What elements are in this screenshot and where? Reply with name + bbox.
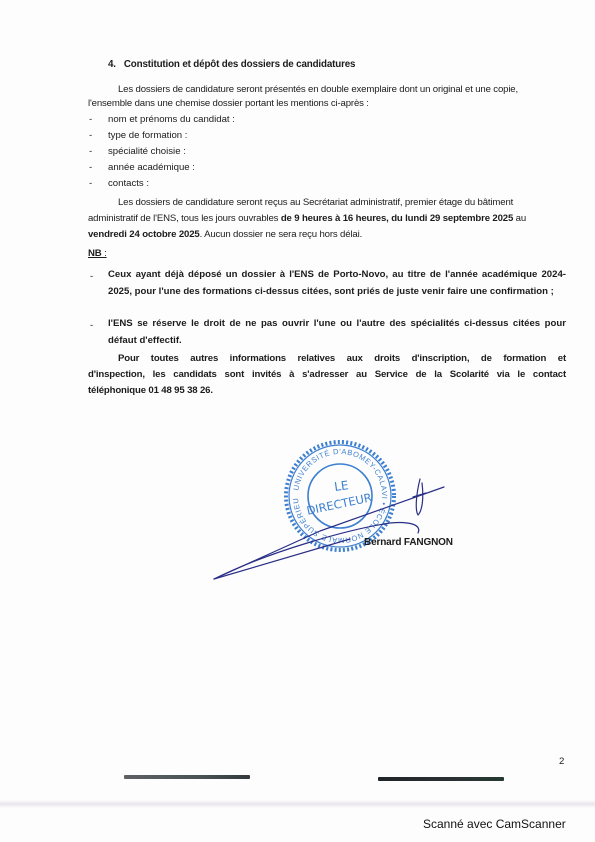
list-dash: - xyxy=(89,114,92,125)
nb-item-text: l'ENS se réserve le droit de ne pas ouvr… xyxy=(108,316,566,349)
reception-text: au xyxy=(513,213,526,224)
section-number: 4. xyxy=(108,59,116,70)
list-dash: - xyxy=(90,320,93,331)
reception-line-2: administratif de l'ENS, tous les jours o… xyxy=(88,213,526,225)
document-page: 4.Constitution et dépôt des dossiers de … xyxy=(0,0,595,842)
list-text: nom et prénoms du candidat : xyxy=(108,114,235,125)
contact-line-1: Pour toutes autres informations relative… xyxy=(118,353,566,365)
reception-line-1: Les dossiers de candidature seront reçus… xyxy=(118,197,513,209)
list-text: type de formation : xyxy=(108,130,187,141)
nb-colon: : xyxy=(102,248,107,259)
scan-artifact xyxy=(0,800,595,808)
list-dash: - xyxy=(89,146,92,157)
footer-bar-left xyxy=(124,775,250,779)
section-title: Constitution et dépôt des dossiers de ca… xyxy=(124,59,355,70)
list-text: contacts : xyxy=(108,178,149,189)
signatory-name: Bernard FANGNON xyxy=(364,537,453,549)
list-dash: - xyxy=(89,162,92,173)
nb-item-text: Ceux ayant déjà déposé un dossier à l'EN… xyxy=(108,267,566,300)
contact-line-2: d'inspection, les candidats sont invités… xyxy=(88,369,566,381)
reception-text: administratif de l'ENS, tous les jours o… xyxy=(88,213,281,224)
intro-line-2: l'ensemble dans une chemise dossier port… xyxy=(88,98,369,110)
reception-deadline: vendredi 24 octobre 2025 xyxy=(88,229,200,240)
contact-line-3: téléphonique 01 48 95 38 26. xyxy=(88,385,213,397)
section-heading: 4.Constitution et dépôt des dossiers de … xyxy=(108,59,355,71)
reception-text: . Aucun dossier ne sera reçu hors délai. xyxy=(200,229,363,240)
list-text: spécialité choisie : xyxy=(108,146,186,157)
camscanner-watermark: Scanné avec CamScanner xyxy=(423,818,566,830)
nb-label: NB : xyxy=(88,248,107,260)
list-dash: - xyxy=(89,130,92,141)
signature-icon xyxy=(200,455,445,585)
nb-label-text: NB xyxy=(88,248,102,259)
intro-line-1: Les dossiers de candidature seront prése… xyxy=(118,84,518,96)
list-text: année académique : xyxy=(108,162,195,173)
page-number: 2 xyxy=(559,756,564,768)
list-dash: - xyxy=(90,271,93,282)
reception-hours: de 9 heures à 16 heures, du lundi 29 sep… xyxy=(281,213,513,224)
list-dash: - xyxy=(89,178,92,189)
reception-line-3: vendredi 24 octobre 2025. Aucun dossier … xyxy=(88,229,362,241)
footer-bar-right xyxy=(378,777,504,781)
